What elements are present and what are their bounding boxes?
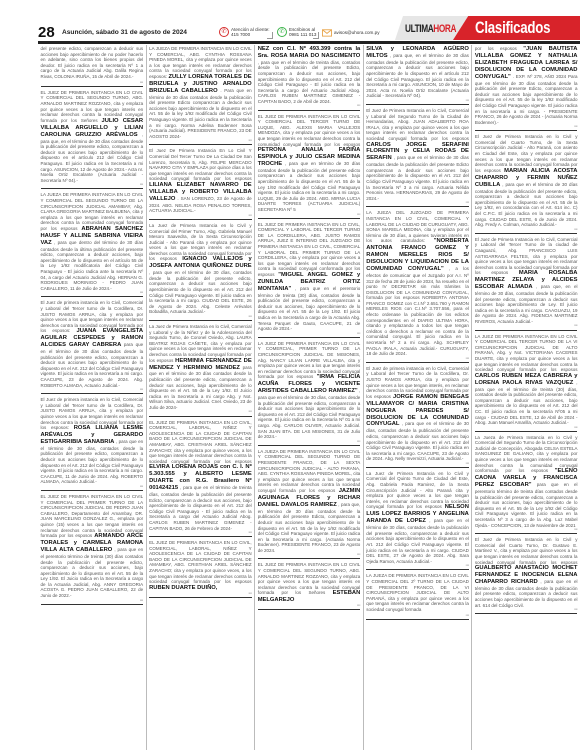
notice-code: ▪▪▪	[248, 591, 251, 597]
classified-notice: EL JUEZ DE PRIMERA INSTANCIA EN LO CIVIL…	[41, 89, 144, 189]
notice-intro: LA JUEZ DE PRIMERA INSTANCIA EN LO CIVIL…	[475, 334, 578, 373]
classified-notice: La Juez de Primera Instancia en lo Civil…	[149, 323, 252, 417]
notice-intro: del presente edicto, comparezcan a deduc…	[41, 46, 144, 79]
notice-body: , para que en el término de treinta días…	[149, 485, 252, 530]
notice-code: ▪▪▪	[466, 563, 469, 569]
notice-code: ▪▪▪	[248, 409, 251, 415]
classifieds-columns: del presente edicto, comparezcan a deduc…	[38, 45, 580, 750]
classified-notice: El Juez de primera instancia en lo Civil…	[41, 299, 144, 394]
notice-body: , para que dentro del término de 30 días…	[41, 240, 144, 291]
classified-notice: La Juez de Primera Instancia en lo Civil…	[366, 470, 469, 570]
contact-phone: ✆ Atención al cliente:415 7000	[219, 25, 270, 39]
mail-icon	[322, 27, 332, 37]
classified-notice: LA JUEZA DE PRIMERA INSTANCIA EN LO CIVI…	[149, 45, 252, 145]
page-header: 28 Asunción, sábado 31 de agosto de 2024…	[0, 0, 580, 40]
notice-body: , para que en el término de 30 días, con…	[149, 270, 252, 314]
notice-code: ▪▪▪	[574, 527, 577, 533]
column-4: SILVA y LEONARDA AGÜERO MILTOS , para qu…	[364, 45, 473, 750]
classified-notice: LA JUEZ DE PRIMERA INSTANCIA EN LO CIVIL…	[258, 340, 361, 446]
column-3: NEZ con C.I. Nº 493.399 contra la Sra. R…	[255, 45, 364, 750]
whatsapp-icon: ✆	[277, 27, 287, 37]
notice-code: ▪▪▪	[574, 323, 577, 329]
classified-notice: LA JUEZA DEL JUZGADO DE PRIMERA INSTANCI…	[366, 209, 469, 362]
classified-notice: LA JUEZA DE PRIMERA INSTANCIA EN LO CIVI…	[366, 572, 469, 619]
notice-code: ▪▪▪	[248, 530, 251, 536]
contact-email-value: avisos@uhora.com.py	[334, 30, 380, 35]
notice-body: para que en el perentorio término de tre…	[475, 482, 578, 527]
notice-code: ▪▪▪	[574, 607, 577, 613]
notice-code: ▪▪▪	[140, 387, 143, 393]
notice-code: ▪▪▪	[574, 227, 577, 233]
notice-intro: El Juez De Primera Instancia En Lo Civil…	[149, 148, 252, 181]
notice-code: ▪▪▪	[466, 98, 469, 104]
notice-body: , para que en el término de 30 días, con…	[366, 421, 469, 461]
classified-notice: EL JUEZ DE PRIMERA INSTANCIA EN LO CIVIL…	[41, 493, 144, 605]
notice-code: ▪▪▪	[466, 613, 469, 619]
classified-notice: El Juez de Primera Instancia en lo Civil…	[366, 107, 469, 207]
classified-notice: SILVA y LEONARDA AGÜERO MILTOS , para qu…	[366, 45, 469, 105]
notice-body: , a los efectos de comunicar que el Juzg…	[366, 266, 469, 356]
notice-body: , para que en el perentorio término de t…	[258, 286, 361, 331]
notice-code: ▪▪▪	[466, 200, 469, 206]
notice-code: ▪▪▪	[140, 290, 143, 296]
notice-code: ▪▪▪	[574, 124, 577, 130]
notice-code: ▪▪▪	[357, 331, 360, 337]
classified-notice: EL JUEZ DE PRIMERA INSTANCIA EN LO CIVIL…	[258, 113, 361, 219]
notice-code: ▪▪▪	[140, 80, 143, 86]
notice-body: , para que, en el término de 30 días, co…	[475, 284, 578, 324]
contact-whatsapp-value: 0981 111 013	[289, 32, 316, 37]
notice-intro: EL JUEZ DE PRIMERA INSTANCIA EN LO CIVIL…	[149, 420, 252, 464]
notice-code: ▪▪▪	[466, 356, 469, 362]
notice-body: , para que en término de 30 días contado…	[258, 161, 361, 212]
notice-body: , para que en el término de 30 días, con…	[366, 518, 469, 563]
classified-notice: NEZ con C.I. Nº 493.399 contra la Sra. R…	[258, 45, 361, 111]
notice-code: ▪▪▪	[248, 213, 251, 219]
divider-bracket	[267, 32, 273, 39]
header-rule	[38, 41, 580, 44]
classified-notice: El Juez de Primera Instancia en lo Civil…	[475, 536, 578, 614]
classified-notice: por los esposos "JUAN BAUTISTA VILLALBA …	[475, 45, 578, 131]
column-2: LA JUEZA DE PRIMERA INSTANCIA EN LO CIVI…	[147, 45, 256, 750]
divider-bracket	[313, 32, 319, 39]
column-5: por los esposos "JUAN BAUTISTA VILLALBA …	[472, 45, 580, 750]
publication-date: Asunción, sábado 31 de agosto de 2024	[62, 29, 187, 36]
notice-body: . EXP. Nº 278, AÑO 2024 Para que en térm…	[475, 74, 578, 125]
notice-code: ▪▪▪	[466, 461, 469, 467]
section-title: Clasificados	[475, 18, 550, 38]
notice-body: . Para que en término de 30 días contado…	[149, 88, 252, 139]
notice-body: , para que, en el término de 30 días con…	[366, 53, 469, 98]
phone-icon: ✆	[219, 27, 229, 37]
notice-intro: LA JUEZA DE PRIMERA INSTANCIA EN LO CIVI…	[258, 449, 361, 493]
notice-body: , para que en el término de treinta (30)…	[475, 380, 578, 425]
notice-parties: RUBEN DUARTE DUIÑO,	[149, 585, 217, 591]
notice-code: ▪▪▪	[357, 212, 360, 218]
notice-body: , para que en el perentorio término de t…	[41, 547, 144, 598]
column-1: del presente edicto, comparezcan a deduc…	[38, 45, 147, 750]
notice-body: , para que en el término de 30 días, con…	[41, 439, 144, 484]
classified-notice: El Juez de Primera Instancia en lo Civil…	[475, 133, 578, 233]
notice-code: ▪▪▪	[357, 439, 360, 445]
page-number: 28	[38, 24, 55, 41]
classified-notice: El Juez de primera instancia en lo Civil…	[366, 365, 469, 468]
classified-notice: La Juez de Primera Instancia en lo Civil…	[149, 222, 252, 321]
classified-notice: EL JUEZ DE PRIMERA INSTANCIA EN LO CIVIL…	[258, 561, 361, 610]
notice-code: ▪▪▪	[140, 598, 143, 604]
notice-intro: EL JUEZ DE PRIMERA INSTANCIA EN LO CIVIL…	[149, 540, 252, 584]
classified-notice: del presente edicto, comparezcan a deduc…	[41, 45, 144, 87]
brand-logo: ULTIMAHORA	[405, 23, 456, 35]
notice-intro: EL JUEZ DE PRIMERA INSTANCIA EN LO CIVIL…	[258, 222, 361, 277]
notice-body: , para que, en el término de 30 días con…	[41, 132, 144, 183]
classified-notice: EL JUEZ DE PRIMERA INSTANCIA EN LO CIVIL…	[149, 539, 252, 598]
classified-notice: EL JUEZ DE PRIMERA INSTANCIA EN LO CIVIL…	[149, 419, 252, 538]
notice-code: ▪▪▪	[140, 182, 143, 188]
classified-notice: EL JUEZ DE PRIMERA INSTANCIA EN LO CIVIL…	[258, 221, 361, 338]
notice-code: ▪▪▪	[357, 552, 360, 558]
notice-body: para que en el término de 30 días contad…	[41, 342, 144, 387]
classified-notice: LA JUEZA DE PRIMERA INSTANCIA EN LO CIVI…	[41, 191, 144, 297]
notice-intro: por los esposos	[475, 46, 517, 51]
notice-code: ▪▪▪	[357, 103, 360, 109]
notice-parties: NEZ con C.I. Nº 493.399 contra la Sra. R…	[258, 46, 361, 59]
contact-phone-value: 415 7000	[231, 32, 250, 37]
notice-intro: El Juez de Primera Instancia en lo Civil…	[366, 108, 469, 141]
notice-body: , para que en el término de 30 días cont…	[366, 155, 469, 200]
classified-notice: El Juez De Primera Instancia En Lo Civil…	[149, 147, 252, 219]
classified-notice: El Juez de Primera Instancia en lo Civil…	[475, 236, 578, 331]
notice-code: ▪▪▪	[140, 484, 143, 490]
notice-body: para que en el término de 30 días contad…	[149, 365, 252, 410]
notice-intro: EL JUEZ DE PRIMERA INSTANCIA EN LO CIVIL…	[41, 494, 144, 538]
notice-body: , para que en el término de 30 días, con…	[258, 388, 361, 439]
notice-intro: EL JUEZ DE PRIMERA INSTANCIA EN LO CIVIL…	[258, 114, 361, 147]
notice-parties: CARLOS RUBEN MEZA CABRERA y LORENA PAOLA…	[475, 373, 578, 386]
notice-code: ▪▪▪	[248, 138, 251, 144]
classified-notice: LA JUEZ DE PRIMERA INSTANCIA EN LO CIVIL…	[475, 333, 578, 432]
notice-intro: El Juez de Primera Instancia en lo Civil…	[475, 537, 578, 564]
contact-email: avisos@uhora.com.py	[322, 25, 380, 39]
notice-code: ▪▪▪	[248, 314, 251, 320]
notice-code: ▪▪▪	[574, 425, 577, 431]
notice-code: ▪▪▪	[357, 603, 360, 609]
contact-whatsapp: ✆ Escribinos al0981 111 013	[277, 25, 316, 39]
notice-intro: LA JUEZA DE PRIMERA INSTANCIA EN LO CIVI…	[366, 573, 469, 612]
classified-notice: El Juez de primera instancia en lo Civil…	[41, 396, 144, 491]
notice-body: , para que en el término de treinta días…	[258, 60, 361, 104]
notice-body: , para que en el término de 30 días cont…	[475, 182, 578, 227]
notice-body: , para que, en término de 30 días contad…	[258, 502, 361, 553]
classified-notice: LA JUEZA DE PRIMERA INSTANCIA EN LO CIVI…	[258, 448, 361, 560]
classified-notice: La Jueza de Primera Instancia en lo Civi…	[475, 434, 578, 534]
